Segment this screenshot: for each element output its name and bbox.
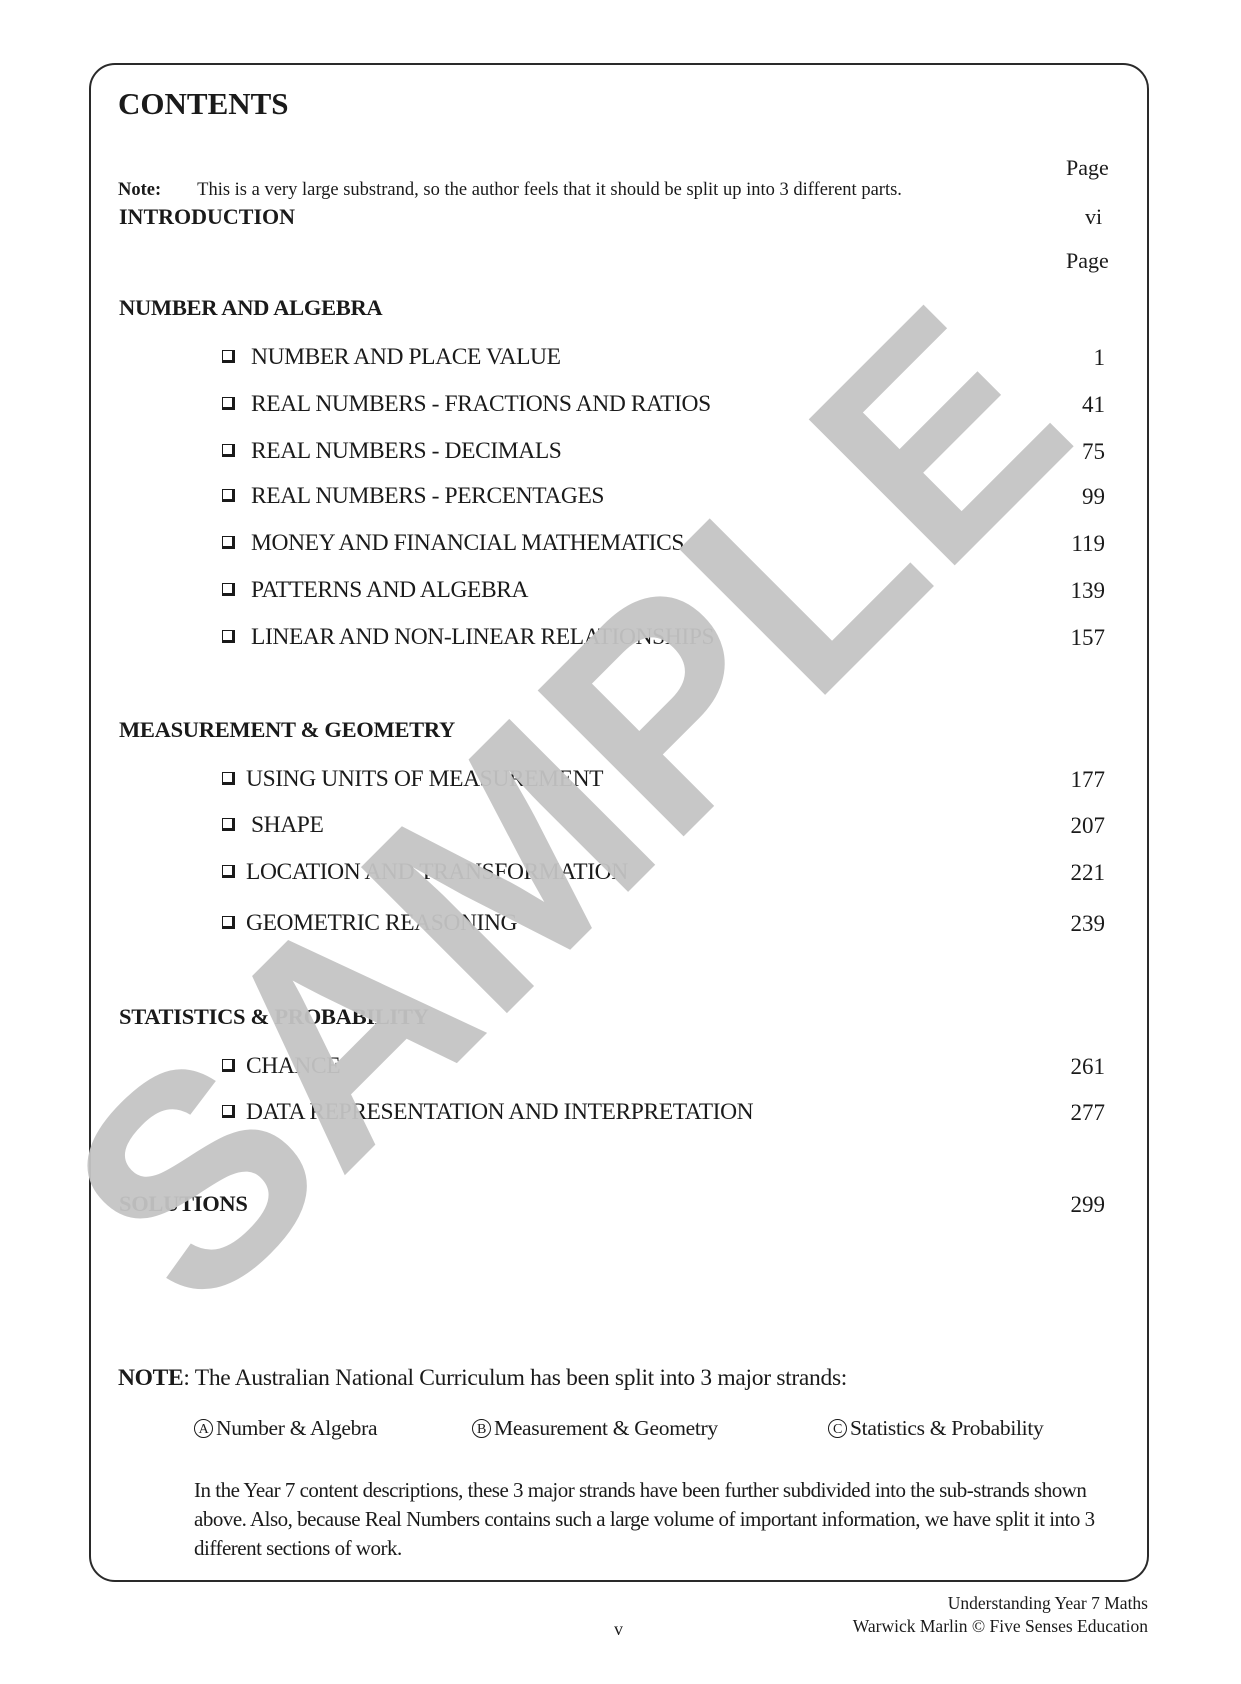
- checkbox-icon: [222, 630, 235, 643]
- checkbox-icon: [222, 818, 235, 831]
- section-heading-number-algebra: NUMBER AND ALGEBRA: [119, 297, 382, 320]
- toc-item[interactable]: MONEY AND FINANCIAL MATHEMATICS: [222, 532, 684, 556]
- note: Note:This is a very large substrand, so …: [118, 181, 902, 200]
- toc-item-label: REAL NUMBERS - DECIMALS: [251, 440, 561, 464]
- toc-item-page: 99: [1082, 485, 1105, 508]
- toc-item-page: 207: [1071, 814, 1106, 837]
- toc-item[interactable]: REAL NUMBERS - FRACTIONS AND RATIOS: [222, 393, 711, 417]
- toc-item-page: 261: [1071, 1055, 1106, 1078]
- footer-page-number: v: [614, 1620, 623, 1638]
- explanation-paragraph: In the Year 7 content descriptions, thes…: [194, 1476, 1124, 1563]
- checkbox-icon: [222, 865, 235, 878]
- toc-item-page: 139: [1071, 579, 1106, 602]
- checkbox-icon: [222, 536, 235, 549]
- page-column-label-2: Page: [1066, 250, 1109, 272]
- toc-item-page: 177: [1071, 768, 1106, 791]
- checkbox-icon: [222, 489, 235, 502]
- toc-item-page: 75: [1082, 440, 1105, 463]
- toc-item-label: LINEAR AND NON-LINEAR RELATIONSHIPS: [251, 626, 714, 650]
- toc-item-label: GEOMETRIC REASONING: [246, 912, 517, 936]
- toc-item-label: SHAPE: [251, 814, 323, 838]
- toc-item[interactable]: DATA REPRESENTATION AND INTERPRETATION: [222, 1101, 753, 1125]
- toc-item-label: MONEY AND FINANCIAL MATHEMATICS: [251, 532, 684, 556]
- strand-label: Number & Algebra: [216, 1418, 377, 1440]
- strand-label: Measurement & Geometry: [494, 1418, 718, 1440]
- toc-item[interactable]: CHANCE: [222, 1055, 340, 1079]
- section-heading-statistics-probability: STATISTICS & PROBABILITY: [119, 1006, 429, 1029]
- toc-item[interactable]: USING UNITS OF MEASUREMENT: [222, 768, 603, 792]
- toc-item[interactable]: NUMBER AND PLACE VALUE: [222, 346, 561, 370]
- note-text: This is a very large substrand, so the a…: [197, 180, 902, 200]
- checkbox-icon: [222, 1059, 235, 1072]
- toc-item-page: 41: [1082, 393, 1105, 416]
- introduction-heading: INTRODUCTION: [119, 206, 295, 228]
- checkbox-icon: [222, 350, 235, 363]
- toc-item[interactable]: LOCATION AND TRANSFORMATION: [222, 861, 628, 885]
- footer-copyright: Warwick Marlin © Five Senses Education: [853, 1618, 1148, 1636]
- page-column-label: Page: [1066, 157, 1109, 179]
- toc-item-page: 221: [1071, 861, 1106, 884]
- toc-item[interactable]: SHAPE: [222, 814, 323, 838]
- toc-item[interactable]: REAL NUMBERS - DECIMALS: [222, 440, 561, 464]
- toc-item-page: 239: [1071, 912, 1106, 935]
- toc-item-label: REAL NUMBERS - PERCENTAGES: [251, 485, 604, 509]
- page-title: CONTENTS: [118, 88, 289, 119]
- checkbox-icon: [222, 444, 235, 457]
- toc-item-label: LOCATION AND TRANSFORMATION: [246, 861, 628, 885]
- note-label: Note:: [118, 180, 161, 200]
- toc-item-label: DATA REPRESENTATION AND INTERPRETATION: [246, 1101, 753, 1125]
- strand-b: BMeasurement & Geometry: [472, 1418, 718, 1440]
- checkbox-icon: [222, 916, 235, 929]
- toc-item-page: 277: [1071, 1101, 1106, 1124]
- checkbox-icon: [222, 772, 235, 785]
- strand-c: CStatistics & Probability: [828, 1418, 1043, 1440]
- introduction-page: vi: [1085, 206, 1102, 228]
- bottom-note: NOTE: The Australian National Curriculum…: [118, 1367, 847, 1391]
- toc-item[interactable]: REAL NUMBERS - PERCENTAGES: [222, 485, 604, 509]
- checkbox-icon: [222, 583, 235, 596]
- strand-label: Statistics & Probability: [850, 1418, 1043, 1440]
- circled-letter-icon: C: [828, 1419, 847, 1438]
- toc-item[interactable]: LINEAR AND NON-LINEAR RELATIONSHIPS: [222, 626, 714, 650]
- solutions-heading: SOLUTIONS: [119, 1193, 248, 1216]
- checkbox-icon: [222, 397, 235, 410]
- toc-item-label: REAL NUMBERS - FRACTIONS AND RATIOS: [251, 393, 711, 417]
- toc-item-label: CHANCE: [246, 1055, 340, 1079]
- toc-item-label: USING UNITS OF MEASUREMENT: [246, 768, 603, 792]
- toc-item[interactable]: GEOMETRIC REASONING: [222, 912, 517, 936]
- bottom-note-text: : The Australian National Curriculum has…: [183, 1365, 847, 1391]
- solutions-page: 299: [1071, 1193, 1106, 1216]
- toc-item-page: 119: [1071, 532, 1105, 555]
- circled-letter-icon: B: [472, 1419, 491, 1438]
- circled-letter-icon: A: [194, 1419, 213, 1438]
- toc-item-label: NUMBER AND PLACE VALUE: [251, 346, 561, 370]
- bottom-note-label: NOTE: [118, 1365, 183, 1391]
- footer-book-title: Understanding Year 7 Maths: [948, 1595, 1148, 1613]
- strand-a: ANumber & Algebra: [194, 1418, 377, 1440]
- section-heading-measurement-geometry: MEASUREMENT & GEOMETRY: [119, 719, 455, 742]
- toc-item[interactable]: PATTERNS AND ALGEBRA: [222, 579, 528, 603]
- toc-item-page: 157: [1071, 626, 1106, 649]
- toc-item-page: 1: [1094, 346, 1106, 369]
- toc-item-label: PATTERNS AND ALGEBRA: [251, 579, 528, 603]
- checkbox-icon: [222, 1105, 235, 1118]
